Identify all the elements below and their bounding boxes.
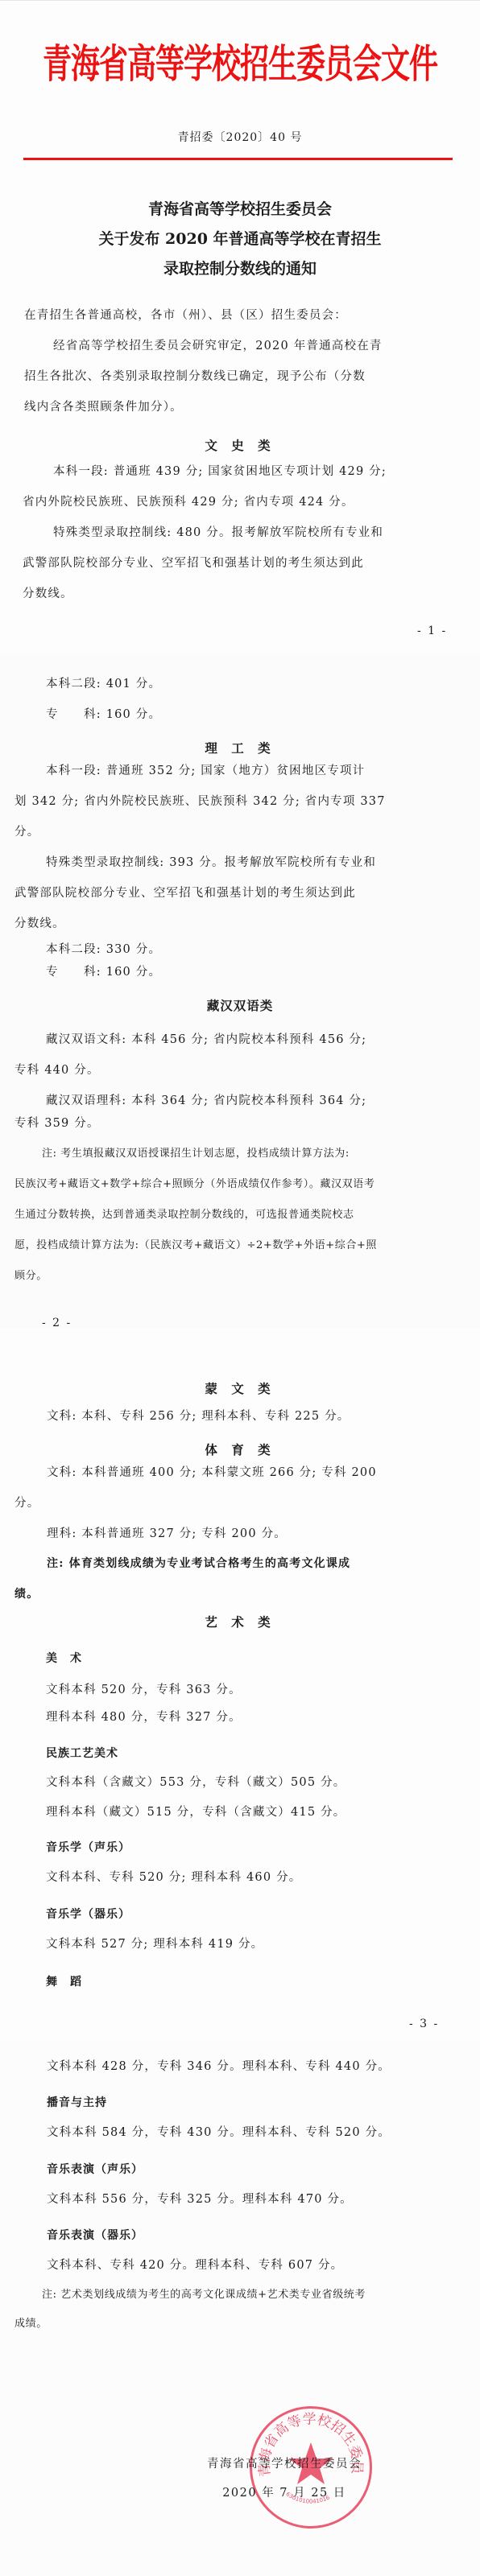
signature-org: 青海省高等学校招生委员会 xyxy=(44,2454,480,2471)
intro-line: 经省高等学校招生委员会研究审定，2020 年普通高校在青 xyxy=(53,336,383,353)
red-letterhead-title: 青海省高等学校招生委员会文件 xyxy=(0,34,480,89)
yishu-line: 文科本科 520 分，专科 363 分。 xyxy=(46,1680,242,1697)
yishu-note: 注: 艺术类划线成绩为考生的高考文化课成绩+艺术类专业省级统考 xyxy=(42,2285,366,2301)
mengwen-line: 文科: 本科、专科 256 分; 理科本科、专科 225 分。 xyxy=(47,1407,350,1424)
zanghan-note: 生通过分数转换，达到普通类录取控制分数线的，可选报普通类院校志 xyxy=(14,1206,354,1221)
zanghan-note: 顾分。 xyxy=(14,1267,48,1282)
wenshi-line: 本科二段: 401 分。 xyxy=(46,674,161,691)
zanghan-line: 藏汉双语理科: 本科 364 分; 省内院校本科预科 364 分; xyxy=(46,1091,366,1108)
ligong-line: 本科一段: 普通班 352 分; 国家（地方）贫困地区专项计 xyxy=(46,761,365,778)
yishu-line: 文科本科、专科 420 分。理科本科、专科 607 分。 xyxy=(47,2256,343,2273)
yishu-line: 文科本科 428 分，专科 346 分。理科本科、专科 440 分。 xyxy=(47,2057,391,2074)
tiyu-line: 分。 xyxy=(14,1494,39,1511)
yishu-line: 理科本科（藏文）515 分，专科（含藏文）415 分。 xyxy=(46,1803,346,1820)
section-heading-mengwen: 蒙 文 类 xyxy=(0,1379,480,1397)
notice-title-line-2: 关于发布 2020 年普通高等学校在青招生 xyxy=(0,227,480,249)
section-heading-wenshi: 文 史 类 xyxy=(0,436,480,454)
yishu-line: 文科本科 556 分，专科 325 分。理科本科 470 分。 xyxy=(47,2190,353,2207)
yishu-line: 理科本科 480 分，专科 327 分。 xyxy=(46,1708,242,1725)
zanghan-line: 藏汉双语文科: 本科 456 分; 省内院校本科预科 456 分; xyxy=(46,1030,366,1047)
yishu-group-title: 音乐表演（器乐） xyxy=(47,2227,143,2243)
wenshi-line: 特殊类型录取控制线: 480 分。报考解放军院校所有专业和 xyxy=(53,523,383,540)
yishu-group-title: 音乐学（声乐） xyxy=(46,1839,130,1855)
zanghan-line: 专科 440 分。 xyxy=(14,1061,100,1078)
yishu-group-title: 播音与主持 xyxy=(47,2094,107,2110)
zanghan-note: 愿，投档成绩计算方法为:（民族汉考+藏语文）÷2+数学+外语+综合+照 xyxy=(14,1236,377,1251)
wenshi-line: 省内外院校民族班、民族预科 429 分; 省内专项 424 分。 xyxy=(23,493,354,509)
section-heading-zanghan: 藏汉双语类 xyxy=(0,996,480,1014)
intro-line: 线内含各类照顾条件加分）。 xyxy=(24,398,183,414)
signature-date: 2020 年 7 月 25 日 xyxy=(44,2483,480,2500)
yishu-group-title: 音乐表演（声乐） xyxy=(47,2161,143,2177)
ligong-line: 特殊类型录取控制线: 393 分。报考解放军院校所有专业和 xyxy=(46,853,376,870)
ligong-line: 分数线。 xyxy=(14,914,65,931)
page-number: - 1 - xyxy=(417,624,447,637)
yishu-group-title: 舞 蹈 xyxy=(46,1973,82,1989)
page-number: - 3 - xyxy=(409,2018,439,2030)
section-heading-yishu: 艺 术 类 xyxy=(0,1613,480,1630)
yishu-line: 文科本科 584 分，专科 430 分。理科本科、专科 520 分。 xyxy=(47,2123,391,2140)
red-divider-rule xyxy=(23,158,453,160)
wenshi-line: 本科一段: 普通班 439 分; 国家贫困地区专项计划 429 分; xyxy=(53,462,387,479)
ligong-line: 专 科: 160 分。 xyxy=(46,962,161,979)
ligong-line: 武警部队院校部分专业、空军招飞和强基计划的考生须达到此 xyxy=(14,884,356,901)
wenshi-line: 分数线。 xyxy=(23,584,73,601)
yishu-note: 成绩。 xyxy=(14,2314,48,2330)
ligong-line: 分。 xyxy=(14,822,39,839)
intro-line: 招生各批次、各类别录取控制分数线已确定，现予公布（分数 xyxy=(24,367,366,384)
salutation: 在青招生各普通高校，各市（州）、县（区）招生委员会： xyxy=(24,306,347,323)
section-heading-tiyu: 体 育 类 xyxy=(0,1440,480,1458)
wenshi-line: 专 科: 160 分。 xyxy=(46,705,161,722)
yishu-group-title: 美 术 xyxy=(46,1650,82,1666)
zanghan-note: 注: 考生填报藏汉双语授课招生计划志愿，投档成绩计算方法为: xyxy=(42,1144,350,1160)
zanghan-line: 专科 359 分。 xyxy=(14,1114,100,1131)
document-number: 青招委〔2020〕40 号 xyxy=(0,129,480,145)
tiyu-line: 文科: 本科普通班 400 分; 本科蒙文班 266 分; 专科 200 xyxy=(47,1463,377,1480)
tiyu-line: 理科: 本科普通班 327 分; 专科 200 分。 xyxy=(47,1524,287,1541)
ligong-line: 本科二段: 330 分。 xyxy=(46,940,161,957)
yishu-line: 文科本科、专科 520 分; 理科本科 460 分。 xyxy=(46,1868,301,1885)
tiyu-note: 注: 体育类划线成绩为专业考试合格考生的高考文化课成 xyxy=(47,1555,350,1571)
tiyu-note: 绩。 xyxy=(14,1585,39,1601)
ligong-line: 划 342 分; 省内外院校民族班、民族预科 342 分; 省内专项 337 xyxy=(14,792,386,809)
yishu-line: 文科本科（含藏文）553 分，专科（藏文）505 分。 xyxy=(46,1773,346,1790)
wenshi-line: 武警部队院校部分专业、空军招飞和强基计划的考生须达到此 xyxy=(23,554,364,571)
zanghan-note: 民族汉考+藏语文+数学+综合+照顾分（外语成绩仅作参考）。藏汉双语考 xyxy=(14,1175,374,1190)
yishu-line: 文科本科 527 分; 理科本科 419 分。 xyxy=(46,1935,263,1952)
notice-title-line-1: 青海省高等学校招生委员会 xyxy=(0,197,480,219)
yishu-group-title: 音乐学（器乐） xyxy=(46,1906,130,1922)
yishu-group-title: 民族工艺美术 xyxy=(46,1745,118,1761)
notice-title-line-3: 录取控制分数线的通知 xyxy=(0,257,480,278)
section-heading-ligong: 理 工 类 xyxy=(0,739,480,756)
